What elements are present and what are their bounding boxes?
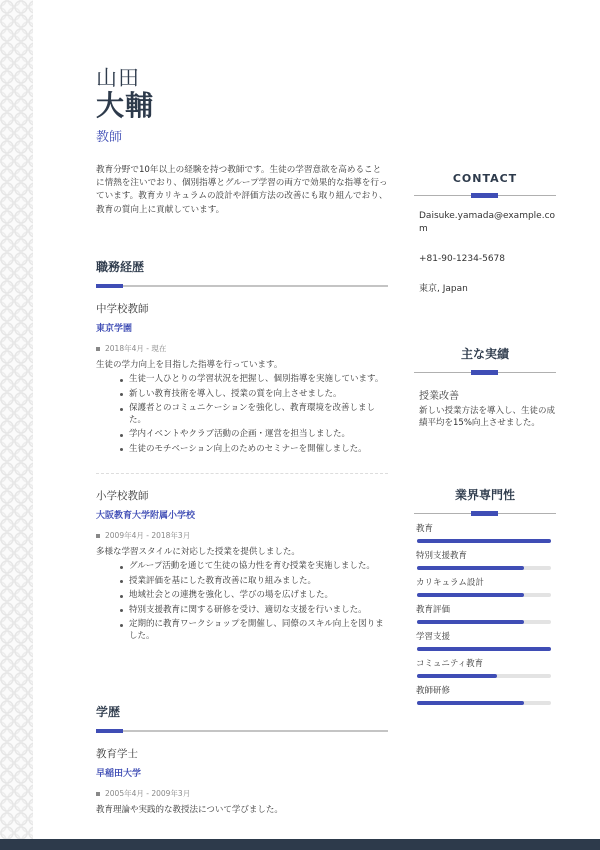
skill-bar-fill xyxy=(417,539,551,543)
expertise-section: 業界専門性 教育特別支援教育カリキュラム設計教育評価学習支援コミュニティ教育教師… xyxy=(414,486,556,705)
skill-bar-track xyxy=(417,620,551,624)
calendar-icon xyxy=(96,792,100,796)
divider-accent xyxy=(96,284,123,288)
skill-label: 教育評価 xyxy=(414,603,556,615)
skill-bar-track xyxy=(417,647,551,651)
entry-date-text: 2009年4月 - 2018年3月 xyxy=(105,530,190,541)
bullet-item: 特別支援教育に関する研修を受け、適切な支援を行いました。 xyxy=(120,605,388,617)
calendar-icon xyxy=(96,534,100,538)
entry-organization: 早稲田大学 xyxy=(96,766,388,779)
first-name: 大輔 xyxy=(96,90,154,122)
skill-item: 教育評価 xyxy=(414,603,556,624)
entry-organization: 大阪教育大学附属小学校 xyxy=(96,508,388,521)
experience-section: 職務経歴 中学校教師 東京学園 2018年4月 - 現在 生徒の学力向上を目指し… xyxy=(96,258,388,642)
skill-label: コミュニティ教育 xyxy=(414,657,556,669)
job-title: 教師 xyxy=(96,126,154,145)
skill-bar-fill xyxy=(417,647,551,651)
bullet-item: グループ活動を通じて生徒の協力性を育む授業を実施しました。 xyxy=(120,561,388,573)
section-divider xyxy=(414,513,556,514)
bullet-item: 定期的に教育ワークショップを開催し、同僚のスキル向上を図りました。 xyxy=(120,619,388,642)
divider-accent xyxy=(471,193,498,198)
divider-accent xyxy=(96,729,123,733)
bullet-item: 授業評価を基にした教育改善に取り組みました。 xyxy=(120,576,388,588)
achievements-section: 主な実績 授業改善 新しい授業方法を導入し、生徒の成績平均を15%向上させました… xyxy=(414,345,556,429)
skill-label: カリキュラム設計 xyxy=(414,576,556,588)
entry-date: 2018年4月 - 現在 xyxy=(96,343,388,354)
bullet-item: 新しい教育技術を導入し、授業の質を向上させました。 xyxy=(120,389,388,401)
skill-label: 教師研修 xyxy=(414,684,556,696)
skill-item: 特別支援教育 xyxy=(414,549,556,570)
entry-date: 2009年4月 - 2018年3月 xyxy=(96,530,388,541)
last-name: 山田 xyxy=(96,66,154,90)
divider-accent xyxy=(471,511,498,516)
entry-bullets: グループ活動を通じて生徒の協力性を育む授業を実施しました。 授業評価を基にした教… xyxy=(96,561,388,642)
section-divider xyxy=(96,730,388,732)
achievement-description: 新しい授業方法を導入し、生徒の成績平均を15%向上させました。 xyxy=(414,405,556,429)
contact-section: CONTACT Daisuke.yamada@example.com +81-9… xyxy=(414,172,556,296)
skill-label: 学習支援 xyxy=(414,630,556,642)
entry-title: 教育学士 xyxy=(96,746,388,761)
skill-bar-fill xyxy=(417,593,524,597)
skill-item: 教師研修 xyxy=(414,684,556,705)
skill-bar-fill xyxy=(417,566,524,570)
bullet-item: 生徒のモチベーション向上のためのセミナーを開催しました。 xyxy=(120,444,388,456)
education-entry: 教育学士 早稲田大学 2005年4月 - 2009年3月 教育理論や実践的な教授… xyxy=(96,746,388,816)
skill-item: カリキュラム設計 xyxy=(414,576,556,597)
skill-bar-track xyxy=(417,701,551,705)
entry-title: 中学校教師 xyxy=(96,301,388,316)
experience-entry: 中学校教師 東京学園 2018年4月 - 現在 生徒の学力向上を目指した指導を行… xyxy=(96,301,388,455)
achievement-title: 授業改善 xyxy=(414,387,556,402)
skill-label: 教育 xyxy=(414,522,556,534)
footer-bar xyxy=(0,839,600,850)
section-title-education: 学歴 xyxy=(96,703,388,720)
entry-date-text: 2018年4月 - 現在 xyxy=(105,343,166,354)
section-divider xyxy=(96,285,388,287)
entry-separator xyxy=(96,473,388,474)
skill-label: 特別支援教育 xyxy=(414,549,556,561)
entry-description: 多様な学習スタイルに対応した授業を提供しました。 xyxy=(96,546,388,558)
education-section: 学歴 教育学士 早稲田大学 2005年4月 - 2009年3月 教育理論や実践的… xyxy=(96,703,388,816)
divider-accent xyxy=(471,370,498,375)
entry-title: 小学校教師 xyxy=(96,488,388,503)
profile-summary: 教育分野で10年以上の経験を持つ教師です。生徒の学習意欲を高めることに情熱を注い… xyxy=(96,164,388,217)
experience-entry: 小学校教師 大阪教育大学附属小学校 2009年4月 - 2018年3月 多様な学… xyxy=(96,488,388,642)
calendar-icon xyxy=(96,347,100,351)
decorative-pattern-strip xyxy=(0,0,33,839)
bullet-item: 地域社会との連携を強化し、学びの場を広げました。 xyxy=(120,590,388,602)
contact-location: 東京, Japan xyxy=(414,283,556,296)
skill-bar-track xyxy=(417,539,551,543)
section-divider xyxy=(414,195,556,196)
bullet-item: 学内イベントやクラブ活動の企画・運営を担当しました。 xyxy=(120,429,388,441)
entry-description: 生徒の学力向上を目指した指導を行っています。 xyxy=(96,359,388,371)
section-title-expertise: 業界専門性 xyxy=(414,486,556,503)
skill-bar-track xyxy=(417,566,551,570)
contact-phone[interactable]: +81-90-1234-5678 xyxy=(414,253,556,266)
entry-organization: 東京学園 xyxy=(96,321,388,334)
skill-item: 教育 xyxy=(414,522,556,543)
entry-date: 2005年4月 - 2009年3月 xyxy=(96,788,388,799)
entry-date-text: 2005年4月 - 2009年3月 xyxy=(105,788,190,799)
skill-list: 教育特別支援教育カリキュラム設計教育評価学習支援コミュニティ教育教師研修 xyxy=(414,522,556,705)
entry-description: 教育理論や実践的な教授法について学びました。 xyxy=(96,804,388,816)
contact-email[interactable]: Daisuke.yamada@example.com xyxy=(414,210,556,236)
skill-bar-track xyxy=(417,674,551,678)
skill-bar-fill xyxy=(417,620,524,624)
section-title-experience: 職務経歴 xyxy=(96,258,388,275)
resume-header: 山田 大輔 教師 xyxy=(96,66,154,145)
skill-bar-fill xyxy=(417,674,497,678)
section-title-achievements: 主な実績 xyxy=(414,345,556,362)
skill-bar-track xyxy=(417,593,551,597)
bullet-item: 保護者とのコミュニケーションを強化し、教育環境を改善しました。 xyxy=(120,403,388,426)
skill-item: 学習支援 xyxy=(414,630,556,651)
skill-item: コミュニティ教育 xyxy=(414,657,556,678)
section-divider xyxy=(414,372,556,373)
section-title-contact: CONTACT xyxy=(414,172,556,185)
bullet-item: 生徒一人ひとりの学習状況を把握し、個別指導を実施しています。 xyxy=(120,374,388,386)
entry-bullets: 生徒一人ひとりの学習状況を把握し、個別指導を実施しています。 新しい教育技術を導… xyxy=(96,374,388,455)
skill-bar-fill xyxy=(417,701,524,705)
